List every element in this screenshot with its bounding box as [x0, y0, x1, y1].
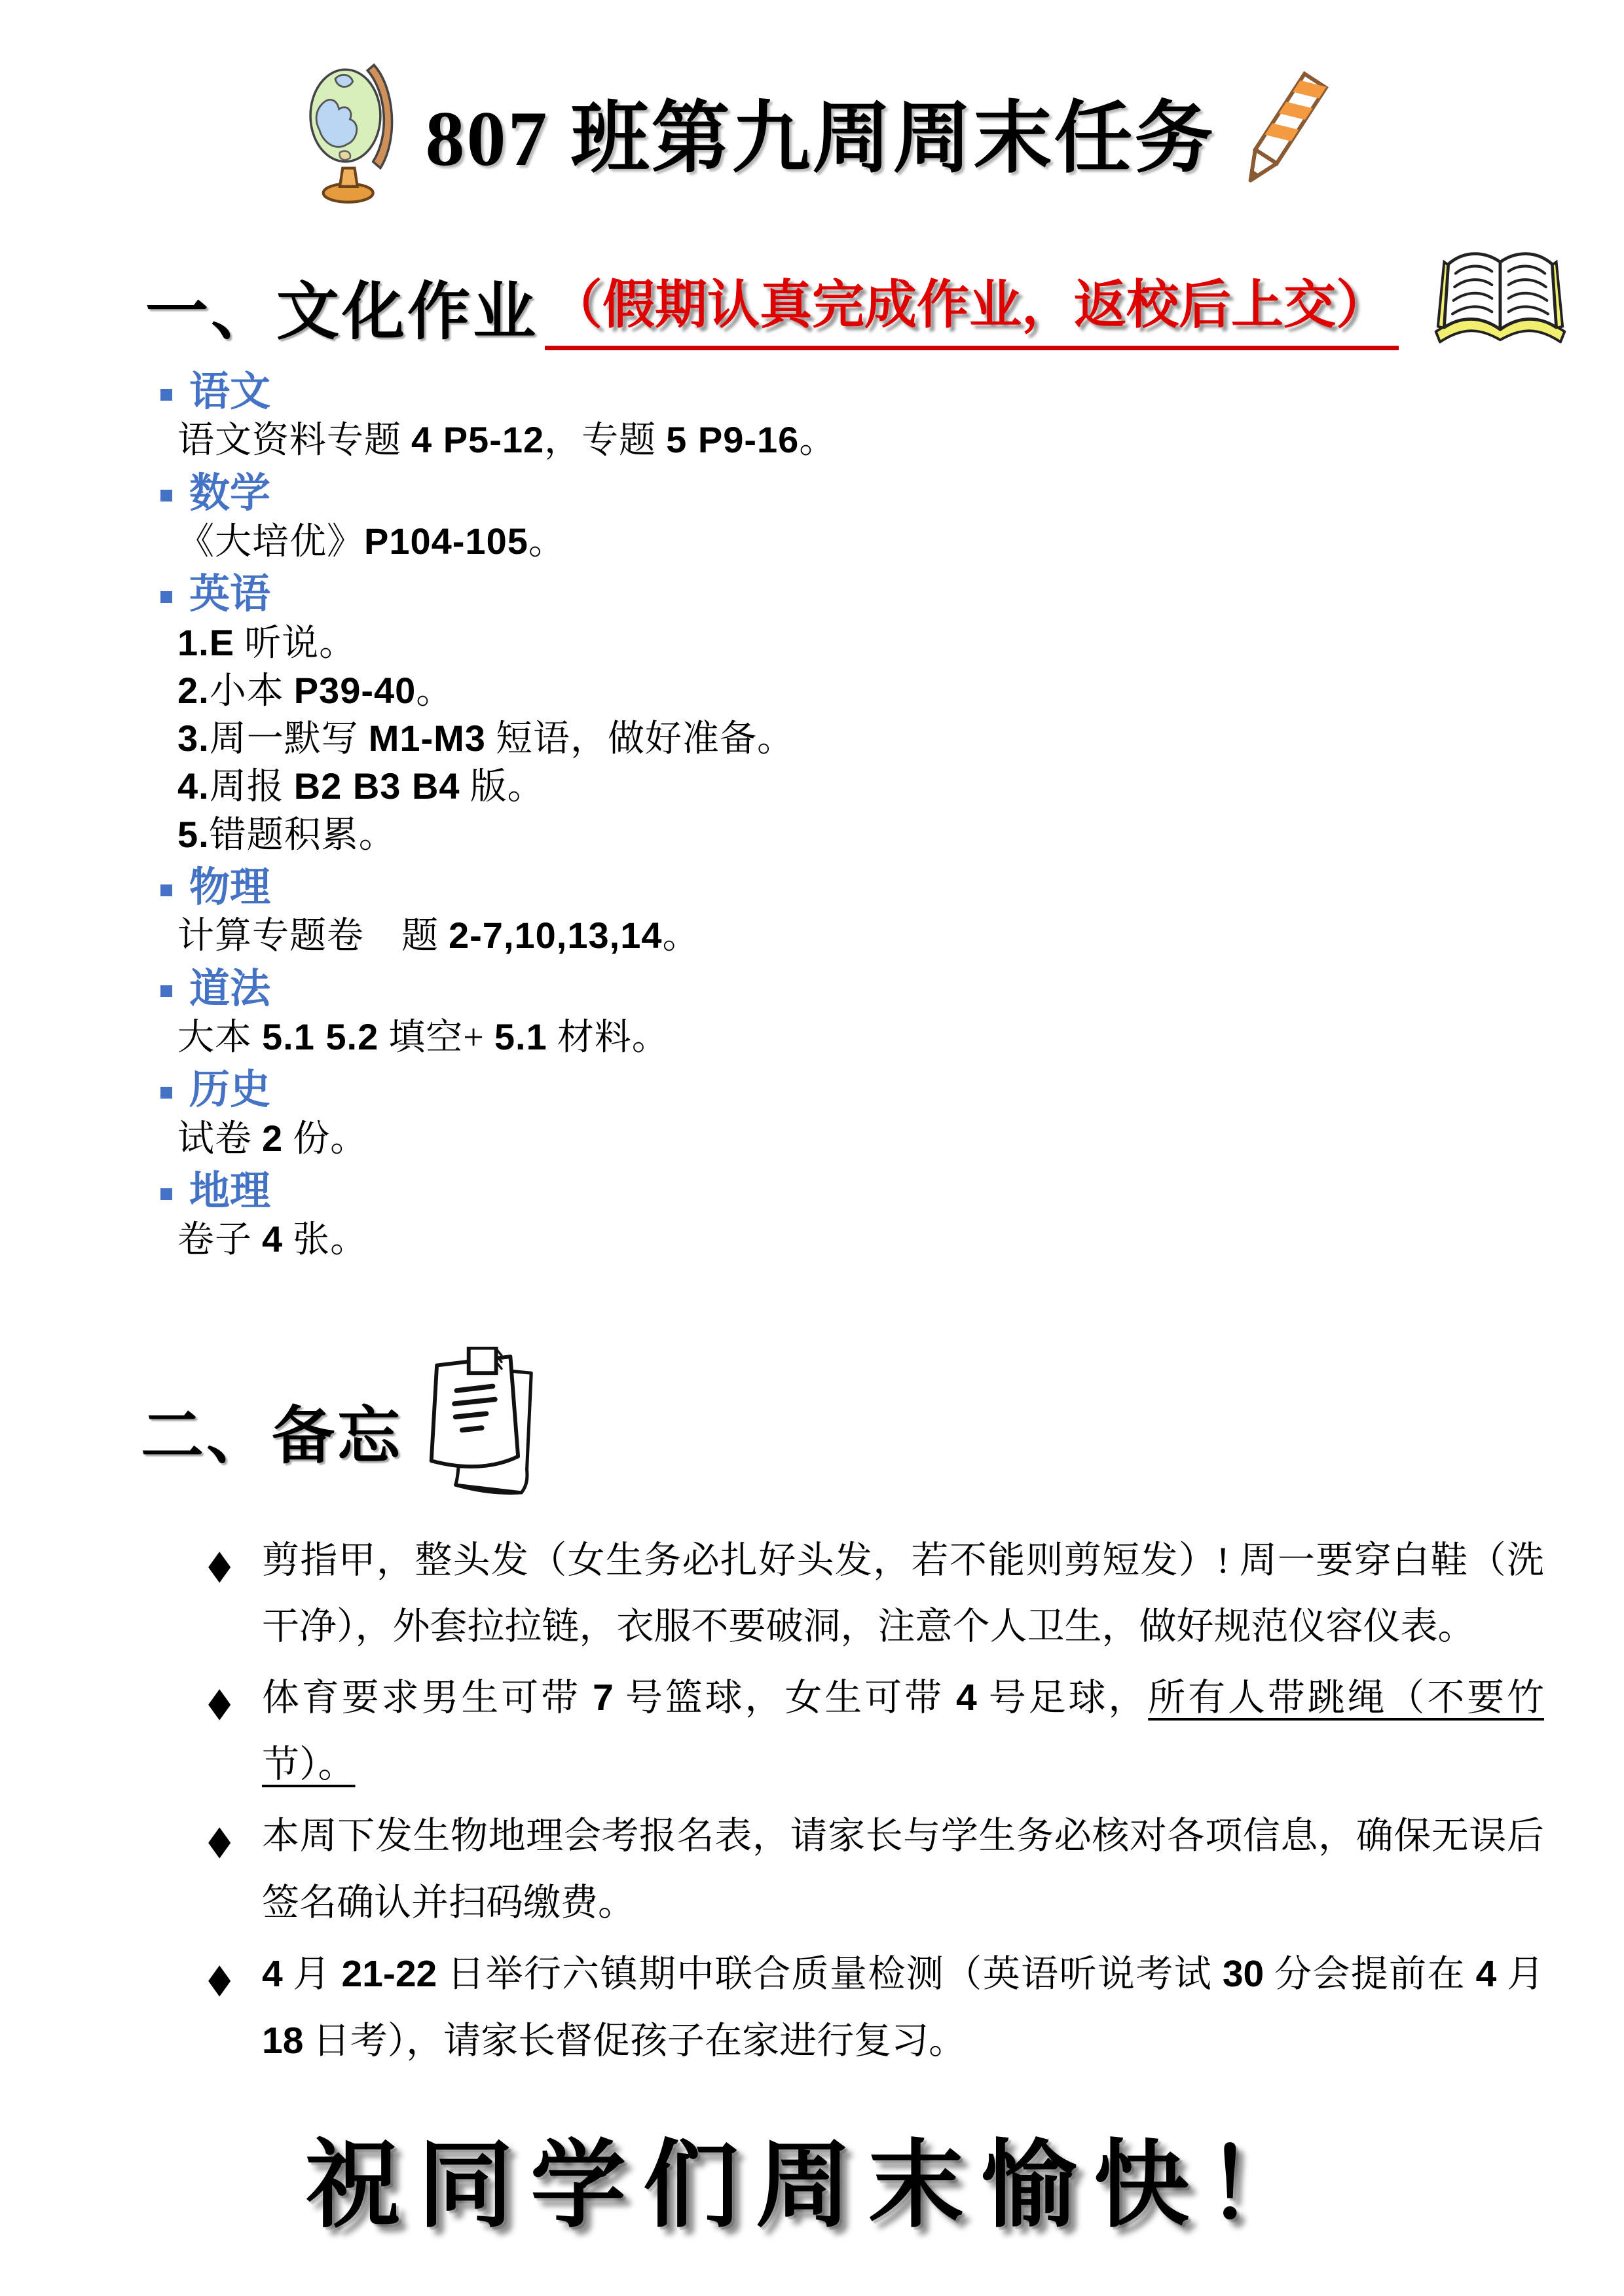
text-segment: 。 [662, 916, 699, 957]
text-segment: 21-22 [341, 1953, 437, 1995]
text-segment: 2 [262, 1118, 283, 1159]
square-bullet-icon [160, 985, 172, 997]
subject-heading: 地理 [159, 1168, 1624, 1214]
text-segment: 2. [177, 670, 210, 711]
square-bullet-icon [160, 1087, 172, 1099]
text-segment: 4. [177, 765, 210, 807]
subject-heading: 物理 [159, 864, 1624, 911]
diamond-bullet-icon: ◆ [208, 1666, 231, 1738]
memo-item: ◆体育要求男生可带 7 号篮球，女生可带 4 号足球，所有人带跳绳（不要竹节）。 [208, 1665, 1544, 1798]
text-segment: 4 [956, 1677, 977, 1719]
square-bullet-icon [160, 884, 172, 896]
text-segment: P104-105 [364, 520, 528, 562]
text-segment: 张。 [283, 1220, 367, 1260]
text-segment: 号足球， [977, 1677, 1149, 1719]
text-segment: 5 P9-16 [666, 419, 799, 460]
subject-name: 物理 [189, 864, 270, 911]
text-segment: 3. [177, 718, 210, 759]
text-segment: 4 [1476, 1953, 1497, 1995]
subject-name: 英语 [189, 571, 270, 617]
text-segment: 试卷 [177, 1119, 262, 1159]
subject-block: 语文语文资料专题 4 P5-12，专题 5 P9-16。 [159, 369, 1624, 464]
subject-block: 道法大本 5.1 5.2 填空+ 5.1 材料。 [159, 966, 1624, 1061]
memo-text: 本周下发生物地理会考报名表，请家长与学生务必核对各项信息，确保无误后签名确认并扫… [262, 1815, 1544, 1923]
text-segment: 。 [528, 522, 566, 562]
text-segment: 本周下发生物地理会考报名表，请家长与学生务必核对各项信息，确保无误后签名确认并扫… [262, 1815, 1544, 1923]
globe-icon [293, 58, 407, 205]
subject-heading: 英语 [159, 571, 1624, 617]
subject-content-line: 2.小本 P39-40。 [177, 668, 1624, 714]
subject-heading: 道法 [159, 966, 1624, 1012]
diamond-bullet-icon: ◆ [208, 1942, 231, 2014]
text-segment: 错题积累。 [210, 815, 396, 856]
text-segment: M1-M3 [369, 718, 486, 759]
subject-name: 道法 [189, 966, 270, 1012]
text-segment: 卷子 [177, 1220, 262, 1260]
text-segment: 剪指甲，整头发（女生务必扎好头发，若不能则剪短发）! 周一要穿白鞋（洗干净），外… [262, 1540, 1544, 1647]
memo-item: ◆4 月 21-22 日举行六镇期中联合质量检测（英语听说考试 30 分会提前在… [208, 1941, 1544, 2074]
text-segment: 语文资料专题 [177, 420, 411, 461]
memo-text: 体育要求男生可带 7 号篮球，女生可带 4 号足球，所有人带跳绳（不要竹节）。 [262, 1677, 1544, 1785]
square-bullet-icon [160, 389, 172, 401]
pencil-icon [1234, 64, 1332, 198]
subject-content-line: 卷子 4 张。 [177, 1217, 1624, 1262]
text-segment: 《大培优》 [177, 522, 364, 562]
text-segment: 2-7,10,13,14 [449, 915, 662, 956]
open-book-icon [1428, 239, 1573, 352]
text-segment: 份。 [283, 1119, 367, 1159]
subject-content-line: 《大培优》P104-105。 [177, 519, 1624, 564]
subject-content-line: 5.错题积累。 [177, 812, 1624, 858]
text-segment: 月 [1496, 1954, 1544, 1995]
text-segment: 号篮球，女生可带 [614, 1677, 956, 1719]
text-segment: 听说。 [234, 623, 356, 664]
text-segment: 小本 [210, 671, 294, 712]
text-segment: 7 [593, 1677, 614, 1719]
text-segment: 周报 [210, 767, 294, 807]
subject-heading: 数学 [159, 470, 1624, 517]
subject-content-line: 计算专题卷 题 2-7,10,13,14。 [177, 913, 1624, 958]
subject-block: 数学《大培优》P104-105。 [159, 470, 1624, 565]
subject-heading: 语文 [159, 369, 1624, 415]
memo-item: ◆剪指甲，整头发（女生务必扎好头发，若不能则剪短发）! 周一要穿白鞋（洗干净），… [208, 1527, 1544, 1660]
text-segment: B2 B3 B4 [294, 765, 460, 807]
subject-block: 地理卷子 4 张。 [159, 1168, 1624, 1263]
section1-heading-row: 一、文化作业 （假期认真完成作业，返校后上交） [145, 239, 1624, 352]
text-segment: 月 [283, 1954, 342, 1995]
memo-text: 4 月 21-22 日举行六镇期中联合质量检测（英语听说考试 30 分会提前在 … [262, 1954, 1544, 2061]
text-segment: 4 [262, 1953, 283, 1995]
page-title: 807 班第九周周末任务 [426, 75, 1215, 188]
text-segment: P39-40 [294, 670, 416, 711]
subject-content-line: 4.周报 B2 B3 B4 版。 [177, 764, 1624, 809]
text-segment: 体育要求男生可带 [262, 1677, 593, 1719]
subject-name: 语文 [189, 369, 270, 415]
section2-heading: 二、备忘 [141, 1386, 403, 1476]
footer-message: 祝同学们周末愉快！ [0, 2108, 1624, 2246]
text-segment: 填空+ [378, 1017, 494, 1058]
subject-content-line: 3.周一默写 M1-M3 短语，做好准备。 [177, 716, 1624, 761]
section1-note: （假期认真完成作业，返校后上交） [545, 263, 1399, 350]
diamond-bullet-icon: ◆ [208, 1804, 231, 1876]
subject-name: 地理 [189, 1168, 270, 1214]
text-segment: 4 P5-12 [411, 419, 544, 460]
subject-content-line: 大本 5.1 5.2 填空+ 5.1 材料。 [177, 1015, 1624, 1060]
text-segment: 5. [177, 814, 210, 855]
square-bullet-icon [160, 490, 172, 501]
section2-heading-row: 二、备忘 [141, 1360, 1624, 1503]
text-segment: 5.1 [494, 1016, 547, 1057]
text-segment: 计算专题卷 题 [177, 916, 449, 957]
text-segment: 18 [262, 2020, 303, 2062]
subject-content-line: 1.E 听说。 [177, 621, 1624, 666]
memo-text: 剪指甲，整头发（女生务必扎好头发，若不能则剪短发）! 周一要穿白鞋（洗干净），外… [262, 1540, 1544, 1647]
text-segment: 日举行六镇期中联合质量检测（英语听说考试 [437, 1954, 1223, 1995]
memo-notes-icon [422, 1347, 544, 1503]
text-segment: 4 [262, 1218, 283, 1260]
text-segment: 版。 [460, 767, 545, 807]
diamond-bullet-icon: ◆ [208, 1529, 231, 1601]
subject-content-line: 试卷 2 份。 [177, 1116, 1624, 1161]
square-bullet-icon [160, 591, 172, 603]
subject-block: 物理计算专题卷 题 2-7,10,13,14。 [159, 864, 1624, 959]
text-segment: 材料。 [547, 1017, 669, 1058]
subject-name: 历史 [189, 1066, 270, 1113]
memo-list: ◆剪指甲，整头发（女生务必扎好头发，若不能则剪短发）! 周一要穿白鞋（洗干净），… [208, 1527, 1544, 2075]
text-segment: 短语，做好准备。 [486, 719, 794, 759]
section1-heading: 一、文化作业 [145, 262, 538, 352]
square-bullet-icon [160, 1188, 172, 1200]
text-segment: 1.E [177, 622, 234, 663]
text-segment: 分会提前在 [1264, 1954, 1475, 1995]
text-segment: 30 [1223, 1953, 1264, 1995]
text-segment: ，专题 [544, 420, 666, 461]
text-segment: 大本 [177, 1017, 262, 1058]
subject-list: 语文语文资料专题 4 P5-12，专题 5 P9-16。数学《大培优》P104-… [159, 369, 1624, 1263]
subject-block: 英语1.E 听说。2.小本 P39-40。3.周一默写 M1-M3 短语，做好准… [159, 571, 1624, 858]
subject-heading: 历史 [159, 1066, 1624, 1113]
text-segment: 日考），请家长督促孩子在家进行复习。 [303, 2020, 966, 2062]
document-title-row: 807 班第九周周末任务 [0, 0, 1624, 205]
subject-block: 历史试卷 2 份。 [159, 1066, 1624, 1161]
text-segment: 。 [416, 671, 453, 712]
text-segment: 周一默写 [210, 719, 369, 759]
subject-content-line: 语文资料专题 4 P5-12，专题 5 P9-16。 [177, 418, 1624, 463]
document-page: 807 班第九周周末任务 一、文化作业 （假期认真完成作业，返校后上交） [0, 0, 1624, 2296]
memo-item: ◆本周下发生物地理会考报名表，请家长与学生务必核对各项信息，确保无误后签名确认并… [208, 1803, 1544, 1936]
text-segment: 5.1 5.2 [262, 1016, 378, 1057]
subject-name: 数学 [189, 470, 270, 517]
text-segment: 。 [799, 420, 836, 461]
